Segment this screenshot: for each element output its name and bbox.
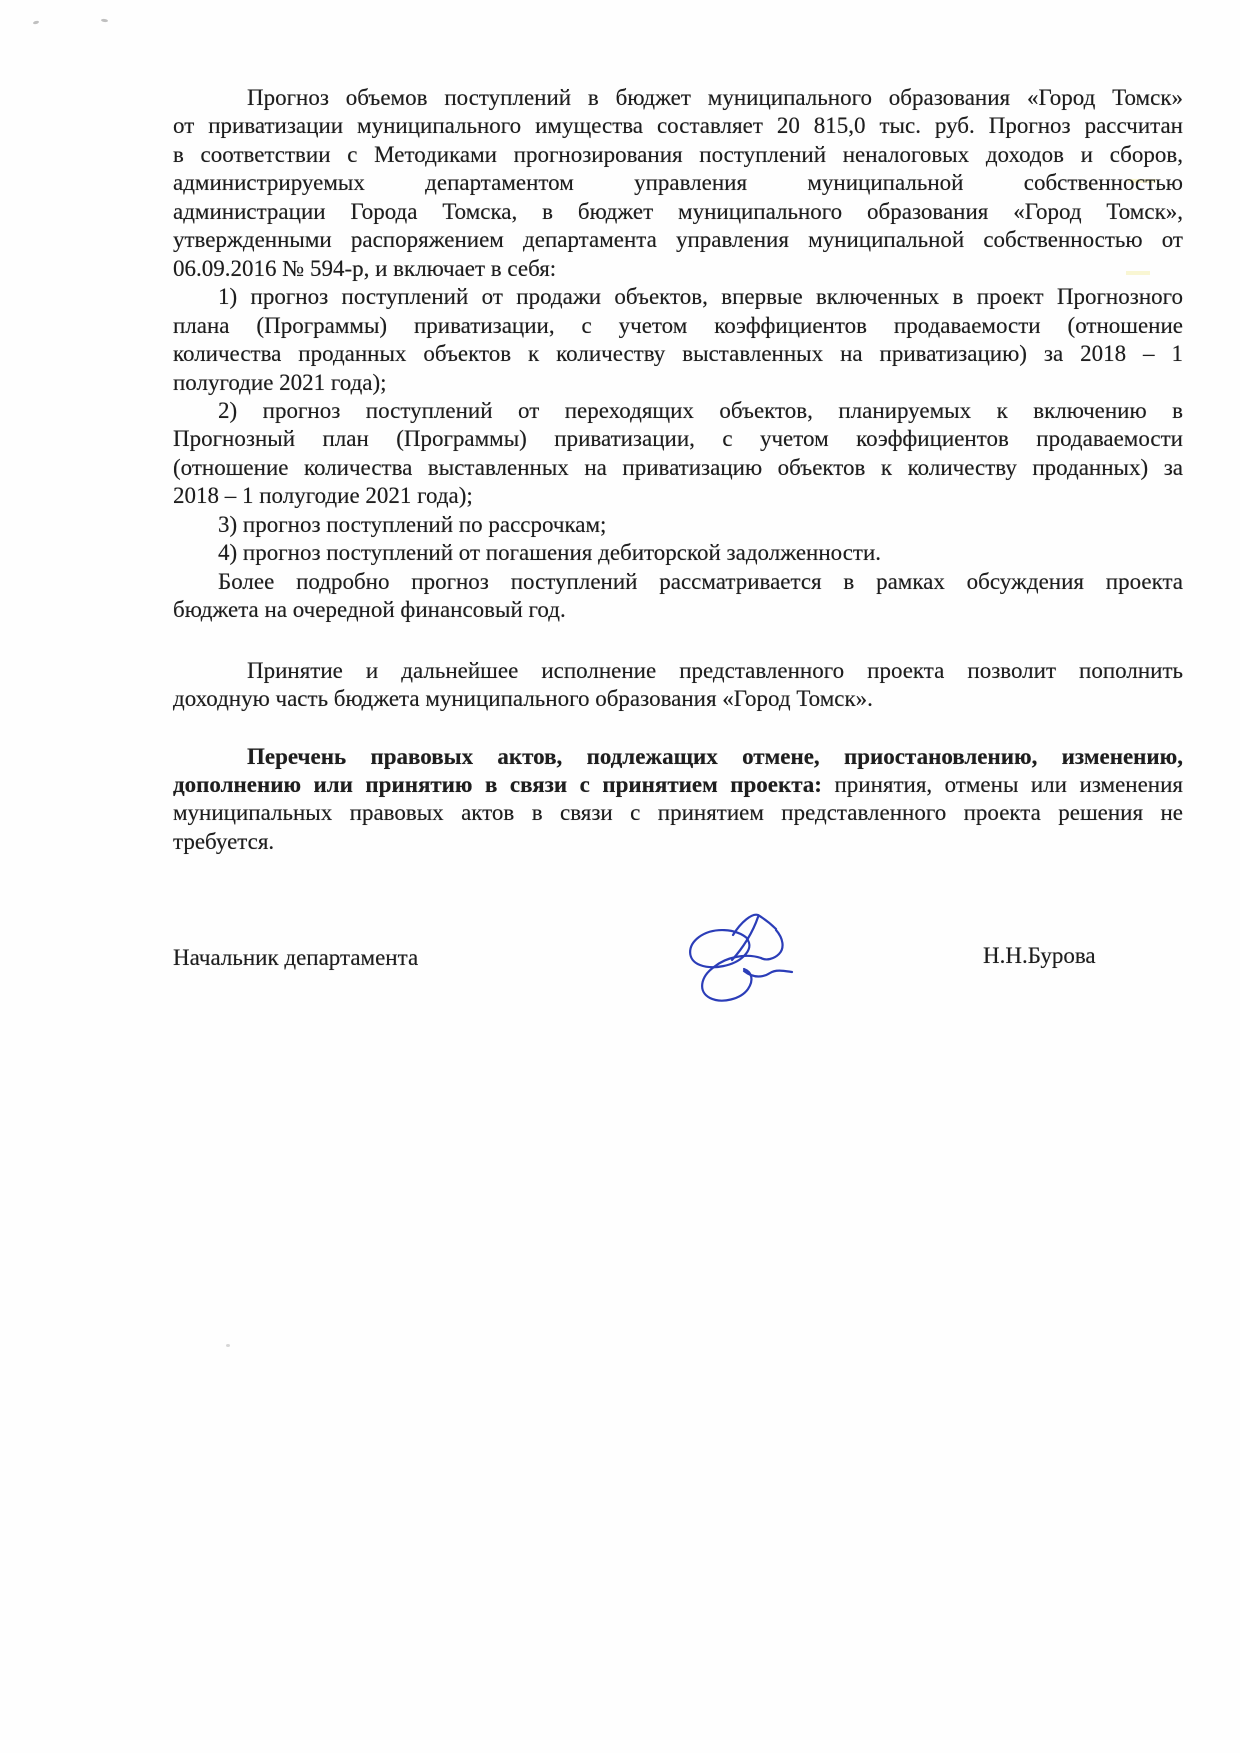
text-segment: принятия, отмены или изменения — [822, 772, 1183, 797]
text-segment: 1) прогноз поступлений от продажи объект… — [218, 284, 1183, 309]
text-line: Более подробно прогноз поступлений рассм… — [173, 568, 1183, 596]
paragraph: Прогноз объемов поступлений в бюджет мун… — [173, 84, 1183, 283]
text-line: дополнению или принятию в связи с принят… — [173, 771, 1183, 799]
document-page: Прогноз объемов поступлений в бюджет мун… — [0, 0, 1240, 1753]
text-segment: плана (Программы) приватизации, с учетом… — [173, 313, 1183, 338]
text-line: плана (Программы) приватизации, с учетом… — [173, 312, 1183, 340]
text-line: Прогнозный план (Программы) приватизации… — [173, 425, 1183, 453]
text-segment: 4) прогноз поступлений от погашения деби… — [218, 540, 881, 565]
text-segment: Более подробно прогноз поступлений рассм… — [218, 569, 1183, 594]
text-segment: доходную часть бюджета муниципального об… — [173, 686, 873, 711]
text-segment: количества проданных объектов к количест… — [173, 341, 1183, 366]
text-line: доходную часть бюджета муниципального об… — [173, 685, 1183, 713]
text-line: администрации Города Томска, в бюджет му… — [173, 198, 1183, 226]
paragraph: 4) прогноз поступлений от погашения деби… — [173, 539, 1183, 567]
paragraph: Более подробно прогноз поступлений рассм… — [173, 568, 1183, 625]
text-segment: администрируемых департаментом управлени… — [173, 170, 1183, 195]
text-segment: в соответствии с Методиками прогнозирова… — [173, 142, 1183, 167]
text-segment: 06.09.2016 № 594-р, и включает в себя: — [173, 256, 556, 281]
text-segment: 2018 – 1 полугодие 2021 года); — [173, 483, 473, 508]
text-line: Принятие и дальнейшее исполнение предста… — [173, 657, 1183, 685]
signatory-name: Н.Н.Бурова — [983, 942, 1096, 970]
text-line: от приватизации муниципального имущества… — [173, 112, 1183, 140]
text-line: требуется. — [173, 828, 1183, 856]
text-segment: утвержденными распоряжением департамента… — [173, 227, 1183, 252]
text-segment: от приватизации муниципального имущества… — [173, 113, 1183, 138]
text-line: бюджета на очередной финансовый год. — [173, 596, 1183, 624]
text-line: Прогноз объемов поступлений в бюджет мун… — [173, 84, 1183, 112]
text-segment: Прогнозный план (Программы) приватизации… — [173, 426, 1183, 451]
paragraph: Перечень правовых актов, подлежащих отме… — [173, 743, 1183, 857]
text-line: 4) прогноз поступлений от погашения деби… — [173, 539, 1183, 567]
text-line: Перечень правовых актов, подлежащих отме… — [173, 743, 1183, 771]
text-line: 2) прогноз поступлений от переходящих об… — [173, 397, 1183, 425]
scan-speck — [33, 20, 40, 24]
signature-position-label: Начальник департамента — [173, 944, 418, 972]
text-line: 3) прогноз поступлений по рассрочкам; — [173, 511, 1183, 539]
text-line: количества проданных объектов к количест… — [173, 340, 1183, 368]
paragraph: 1) прогноз поступлений от продажи объект… — [173, 283, 1183, 397]
text-segment: Прогноз объемов поступлений в бюджет мун… — [247, 85, 1183, 110]
paragraph: 2) прогноз поступлений от переходящих об… — [173, 397, 1183, 511]
text-segment: требуется. — [173, 829, 274, 854]
text-segment: администрации Города Томска, в бюджет му… — [173, 199, 1183, 224]
text-line: 06.09.2016 № 594-р, и включает в себя: — [173, 255, 1183, 283]
text-line: 2018 – 1 полугодие 2021 года); — [173, 482, 1183, 510]
text-line: в соответствии с Методиками прогнозирова… — [173, 141, 1183, 169]
text-segment: 3) прогноз поступлений по рассрочкам; — [218, 512, 606, 537]
handwritten-signature-ink — [686, 908, 798, 1012]
text-line: администрируемых департаментом управлени… — [173, 169, 1183, 197]
text-line: 1) прогноз поступлений от продажи объект… — [173, 283, 1183, 311]
bold-text-segment: дополнению или принятию в связи с принят… — [173, 772, 822, 797]
text-line: утвержденными распоряжением департамента… — [173, 226, 1183, 254]
text-segment: 2) прогноз поступлений от переходящих об… — [218, 398, 1183, 423]
text-segment: полугодие 2021 года); — [173, 370, 387, 395]
text-line: муниципальных правовых актов в связи с п… — [173, 799, 1183, 827]
text-segment: бюджета на очередной финансовый год. — [173, 597, 566, 622]
text-line: полугодие 2021 года); — [173, 369, 1183, 397]
text-segment: муниципальных правовых актов в связи с п… — [173, 800, 1183, 825]
text-line: (отношение количества выставленных на пр… — [173, 454, 1183, 482]
scan-speck — [226, 1344, 230, 1347]
document-text: Прогноз объемов поступлений в бюджет мун… — [173, 84, 1183, 856]
scan-speck — [101, 19, 108, 23]
paragraph: Принятие и дальнейшее исполнение предста… — [173, 657, 1183, 714]
text-segment: Принятие и дальнейшее исполнение предста… — [247, 658, 1183, 683]
text-segment: (отношение количества выставленных на пр… — [173, 455, 1183, 480]
paragraph: 3) прогноз поступлений по рассрочкам; — [173, 511, 1183, 539]
bold-text-segment: Перечень правовых актов, подлежащих отме… — [247, 744, 1183, 769]
